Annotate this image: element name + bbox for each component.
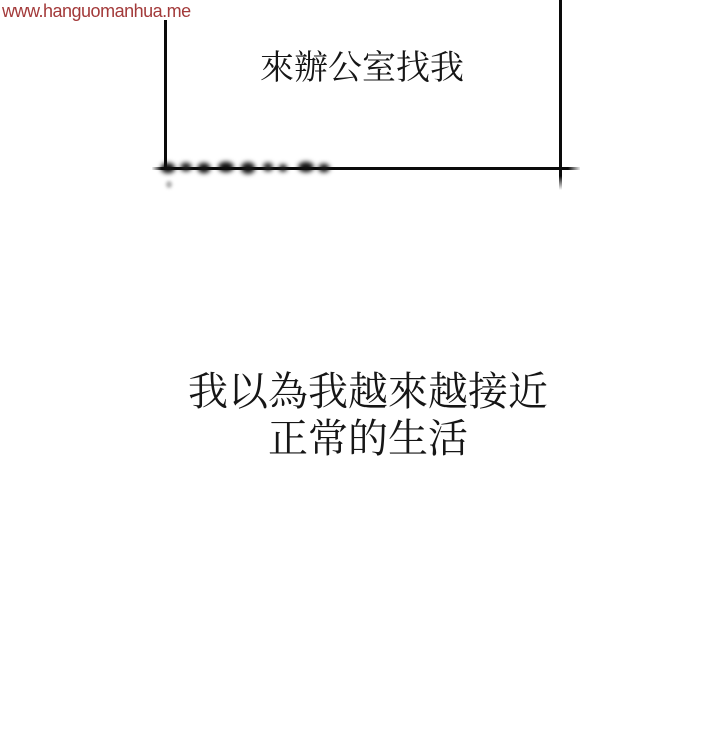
narration-line-2: 正常的生活 (0, 416, 720, 463)
blurred-text-smudge (156, 159, 334, 176)
panel-left-border (164, 20, 167, 170)
panel-right-border (559, 0, 562, 190)
narration-line-1: 我以為我越來越接近 (0, 369, 720, 416)
site-watermark: www.hanguomanhua.me (2, 1, 191, 22)
speech-text: 來辦公室找我 (165, 48, 559, 88)
narration-text: 我以為我越來越接近 正常的生活 (0, 369, 720, 463)
comic-page: www.hanguomanhua.me 來辦公室找我 我以為我越來越接近 正常的… (0, 0, 720, 753)
blurred-ink-dot (166, 181, 172, 188)
